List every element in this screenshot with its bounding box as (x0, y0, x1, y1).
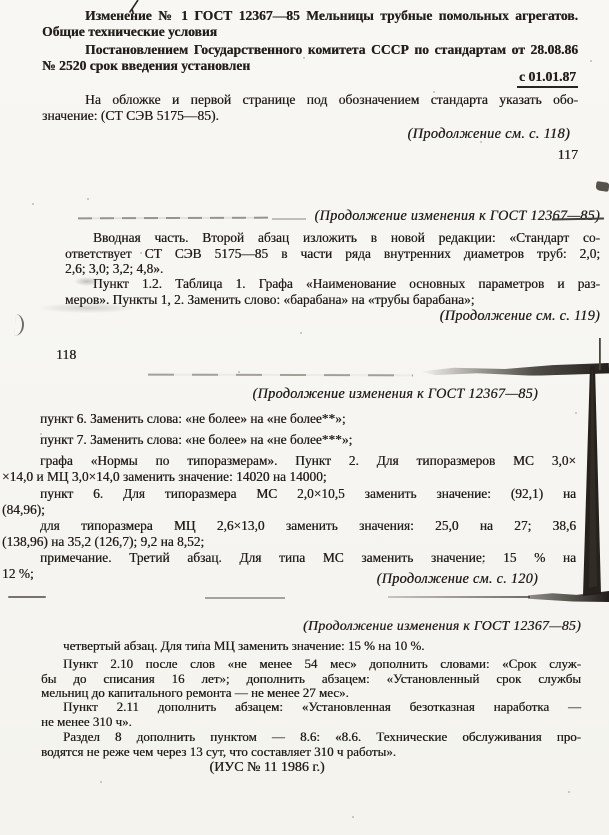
text-line: для типоразмера МЦ 2,6×13,0 заменить зна… (2, 518, 576, 534)
paragraph: пункт 6. Заменить слова: «не более» на «… (2, 411, 576, 427)
paragraph: четвертый абзац. Для типа МЦ заменить зн… (41, 639, 581, 654)
effective-date-text: с 01.01.87 (517, 69, 578, 88)
text-line: Пункт 2.10 после слов «не менее 54 мес» … (41, 657, 581, 672)
continuation-header: (Продолжение изменения к ГОСТ 12367—85) (65, 209, 600, 225)
vertical-bar-artifact (574, 336, 608, 608)
continuation-header: (Продолжение изменения к ГОСТ 12367—85) (2, 386, 576, 402)
text-line: бы до списания 16 лет»; дополнить абзаце… (41, 672, 581, 687)
separator-line-artifact (148, 374, 413, 376)
paragraph: Пункт 2.11 дополнить абзацем: «Установле… (41, 700, 581, 729)
text-line: (138,96) на 35,2 (126,7); 9,2 на 8,52; (2, 534, 576, 550)
ink-speck-artifact (238, 371, 240, 373)
text-line: четвертый абзац. Для типа МЦ заменить зн… (41, 639, 581, 654)
continuation-note: (Продолжение см. с. 118) (42, 126, 578, 142)
ink-smudge-artifact (595, 181, 609, 192)
ink-speck-artifact (87, 198, 89, 200)
ink-speck-artifact (100, 781, 102, 783)
paragraph: пункт 7. Заменить слова: «не более» на «… (2, 432, 576, 448)
ius-note: (ИУС № 11 1986 г.) (41, 761, 493, 776)
bracket-mark-artifact (15, 314, 25, 336)
scanned-document-page: Изменение № 1 ГОСТ 12367—85 Мельницы тру… (0, 0, 609, 835)
text-line: пункт 6. Для типоразмера МС 2,0×10,5 зам… (2, 486, 576, 502)
ink-speck-artifact (590, 60, 592, 62)
text-line: ответствует СТ СЭВ 5175—85 в части ряда … (65, 246, 600, 262)
paragraph: для типоразмера МЦ 2,6×13,0 заменить зна… (2, 518, 576, 550)
paragraph: Пункт 2.10 после слов «не менее 54 мес» … (41, 657, 581, 701)
text-line: Вводная часть. Второй абзац изложить в н… (65, 230, 600, 246)
continuation-header: (Продолжение изменения к ГОСТ 12367—85) (41, 619, 581, 634)
continuation-note: (Продолжение см. с. 119) (65, 309, 600, 325)
text-line: значение: (СТ СЭВ 5175—85). (42, 108, 578, 124)
text-line: Раздел 8 дополнить пунктом — 8.6: «8.6. … (41, 730, 581, 745)
page-number: 117 (42, 148, 591, 164)
ink-smudge-artifact (420, 362, 609, 378)
text-line: водятся не реже чем через 13 сут, что со… (41, 745, 581, 760)
text-line: графа «Нормы по типоразмерам». Пункт 2. … (2, 453, 576, 469)
text-line: Изменение № 1 ГОСТ 12367—85 Мельницы тру… (42, 8, 578, 24)
text-line: Пункт 1.2. Таблица 1. Графа «Наименовани… (65, 276, 600, 292)
paragraph: пункт 6. Для типоразмера МС 2,0×10,5 зам… (2, 486, 576, 518)
paragraph: Раздел 8 дополнить пунктом — 8.6: «8.6. … (41, 730, 581, 759)
text-line: Общие технические условия (42, 24, 578, 40)
text-line: Пункт 2.11 дополнить абзацем: «Установле… (41, 700, 581, 715)
text-line: меров». Пункты 1, 2. Заменить слово: «ба… (65, 292, 600, 308)
ink-speck-artifact (32, 203, 34, 205)
text-line: 2,6; 3,0; 3,2; 4,8». (65, 261, 600, 277)
continuation-note: (Продолжение см. с. 120) (2, 571, 576, 587)
text-line: примечание. Третий абзац. Для типа МС за… (2, 550, 576, 566)
text-line: (84,96); (2, 502, 576, 518)
page-number: 118 (56, 347, 76, 363)
text-line: На обложке и первой странице под обознач… (42, 92, 578, 108)
ink-speck-artifact (300, 332, 302, 334)
text-line: пункт 6. Заменить слова: «не более» на «… (2, 411, 576, 427)
separator-line-artifact (388, 596, 530, 598)
text-line: Постановлением Государственного комитета… (42, 42, 578, 58)
separator-line-artifact (205, 597, 285, 599)
ink-smudge-artifact (528, 591, 609, 602)
paragraph: графа «Нормы по типоразмерам». Пункт 2. … (2, 453, 576, 485)
separator-line-artifact (8, 596, 46, 598)
ink-speck-artifact (352, 816, 354, 818)
effective-date: с 01.01.87 (42, 69, 591, 88)
paragraph: Изменение № 1 ГОСТ 12367—85 Мельницы тру… (42, 8, 578, 40)
ink-speck-artifact (568, 791, 570, 793)
paragraph: На обложке и первой странице под обознач… (42, 92, 578, 124)
paragraph: Пункт 1.2. Таблица 1. Графа «Наименовани… (65, 276, 600, 307)
paragraph: Вводная часть. Второй абзац изложить в н… (65, 230, 600, 277)
text-line: пункт 7. Заменить слова: «не более» на «… (2, 432, 576, 448)
text-line: ×14,0 и МЦ 3,0×14,0 заменить значение: 1… (2, 469, 576, 485)
text-line: не менее 310 ч». (41, 715, 581, 730)
